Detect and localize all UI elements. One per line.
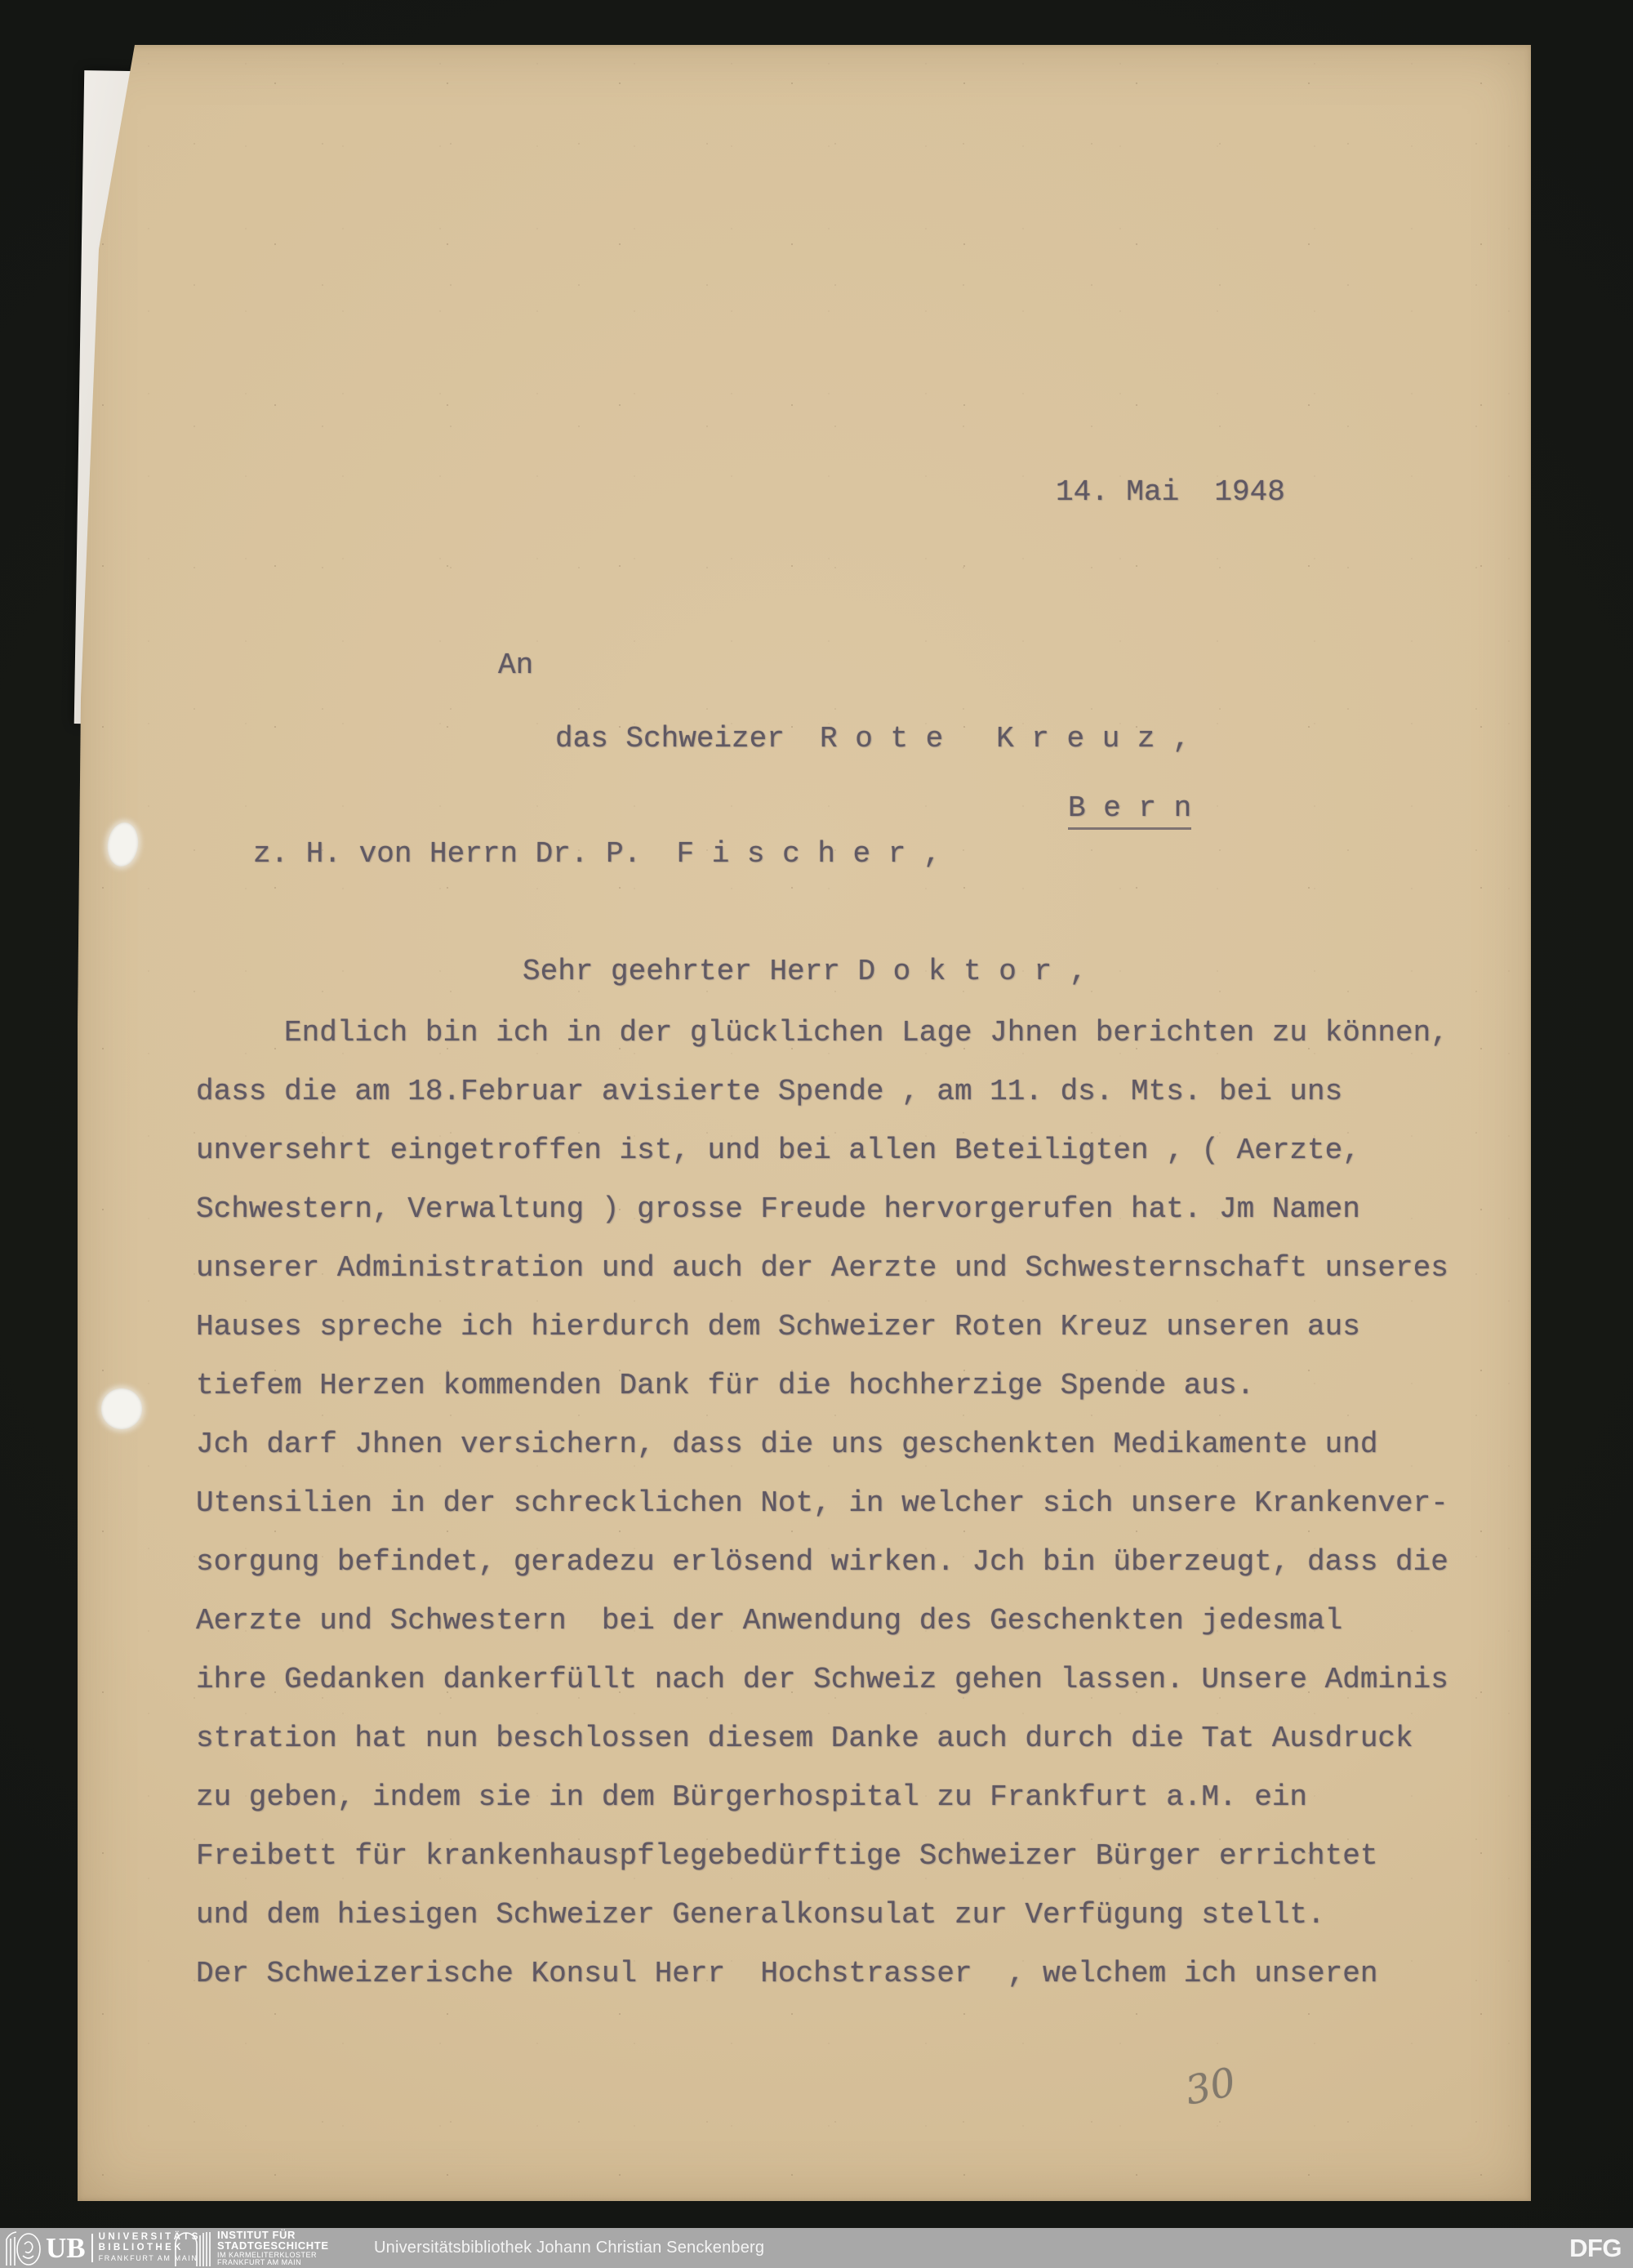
body-line: Der Schweizerische Konsul Herr Hochstras…	[196, 1959, 1448, 1989]
body-line: stration hat nun beschlossen diesem Dank…	[196, 1724, 1448, 1753]
ub-logo: UB UNIVERSITÄTS BIBLIOTHEK FRANKFURT AM …	[5, 2230, 201, 2266]
footer-bar: UB UNIVERSITÄTS BIBLIOTHEK FRANKFURT AM …	[0, 2228, 1633, 2268]
body-line: tiefem Herzen kommenden Dank für die hoc…	[196, 1371, 1448, 1401]
recipient-organization: das Schweizer R o t e K r e u z ,	[555, 724, 1190, 754]
salutation: Sehr geehrter Herr D o k t o r ,	[523, 957, 1087, 987]
scanned-letter-page: 14. Mai 1948 An das Schweizer R o t e K …	[78, 45, 1531, 2201]
body-line: ihre Gedanken dankerfüllt nach der Schwe…	[196, 1665, 1448, 1695]
letter-body: Endlich bin ich in der glücklichen Lage …	[196, 1018, 1448, 2018]
letter-date: 14. Mai 1948	[1056, 478, 1285, 507]
dfg-logo: DFG	[1569, 2228, 1622, 2268]
body-line: Hauses spreche ich hierdurch dem Schweiz…	[196, 1312, 1448, 1342]
letter-paper: 14. Mai 1948 An das Schweizer R o t e K …	[78, 45, 1531, 2201]
body-line: zu geben, indem sie in dem Bürgerhospita…	[196, 1783, 1448, 1812]
body-line: sorgung befindet, geradezu erlösend wirk…	[196, 1548, 1448, 1577]
recipient-attention: z. H. von Herrn Dr. P. F i s c h e r ,	[253, 840, 941, 869]
arch-icon	[173, 2230, 211, 2266]
body-line: Jch darf Jhnen versichern, dass die uns …	[196, 1430, 1448, 1459]
institut-line: FRANKFURT AM MAIN	[217, 2259, 329, 2267]
handwritten-page-number: 30	[1181, 2059, 1239, 2114]
institut-text: INSTITUT FÜR STADTGESCHICHTE IM KARMELIT…	[217, 2230, 329, 2267]
body-line: und dem hiesigen Schweizer Generalkonsul…	[196, 1900, 1448, 1930]
ub-abbr: UB	[46, 2234, 93, 2262]
institut-line: STADTGESCHICHTE	[217, 2240, 329, 2252]
library-name: Universitätsbibliothek Johann Christian …	[374, 2228, 764, 2268]
body-line: Schwestern, Verwaltung ) grosse Freude h…	[196, 1195, 1448, 1224]
institut-stadtgeschichte-logo: INSTITUT FÜR STADTGESCHICHTE IM KARMELIT…	[173, 2230, 329, 2266]
body-line: dass die am 18.Februar avisierte Spende …	[196, 1077, 1448, 1107]
body-line: unserer Administration und auch der Aerz…	[196, 1254, 1448, 1283]
viewer-background: 14. Mai 1948 An das Schweizer R o t e K …	[0, 0, 1633, 2268]
recipient-an: An	[498, 651, 533, 680]
ub-portrait-icon	[5, 2230, 42, 2266]
institut-line: INSTITUT FÜR	[217, 2230, 329, 2241]
body-line: Endlich bin ich in der glücklichen Lage …	[196, 1018, 1448, 1048]
punch-hole-top	[105, 821, 140, 869]
body-line: Utensilien in der schrecklichen Not, in …	[196, 1489, 1448, 1518]
recipient-city: B e r n	[1068, 794, 1191, 830]
body-line: Aerzte und Schwestern bei der Anwendung …	[196, 1606, 1448, 1636]
body-line: unversehrt eingetroffen ist, und bei all…	[196, 1136, 1448, 1165]
body-line: Freibett für krankenhauspflegebedürftige…	[196, 1842, 1448, 1871]
punch-hole-bottom	[101, 1388, 142, 1429]
